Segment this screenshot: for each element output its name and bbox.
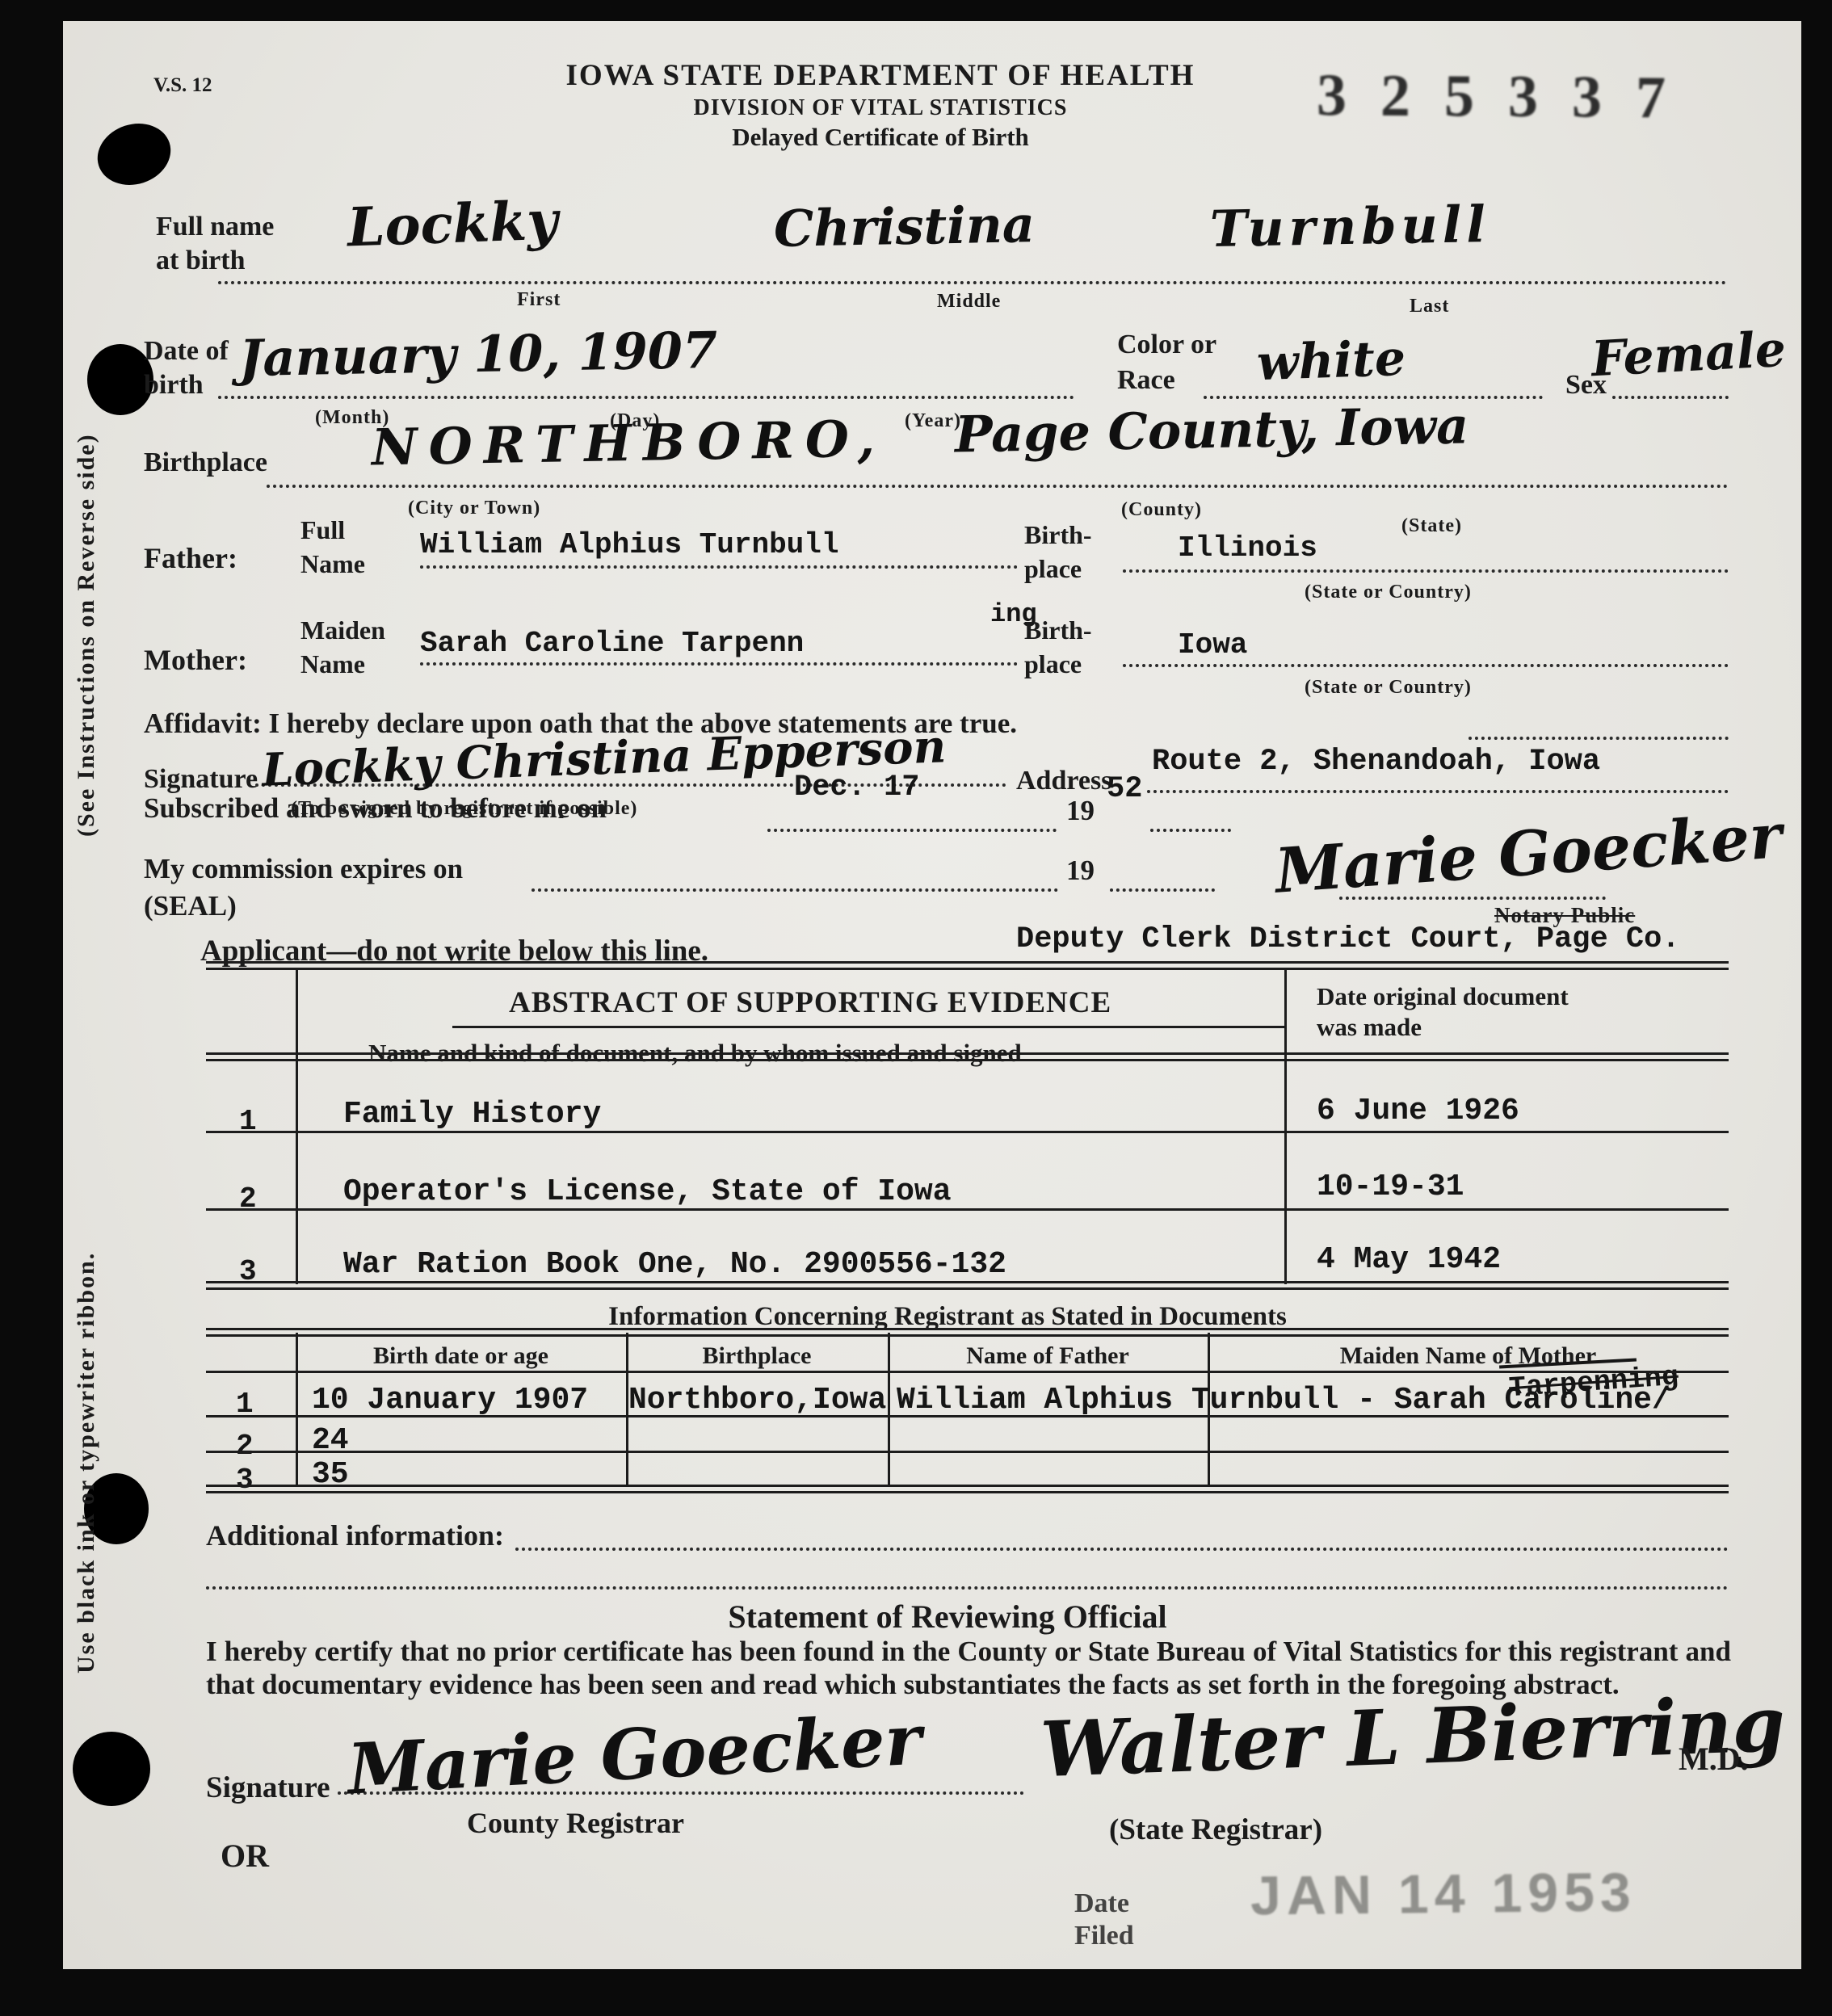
sublabel-city: (City or Town) bbox=[408, 498, 540, 519]
abstract-num-divider bbox=[296, 968, 298, 1284]
info-header-birth: Birth date or age bbox=[296, 1342, 626, 1370]
notary-signature-value: Marie Goecker bbox=[1273, 800, 1784, 907]
father-bp-value: Illinois bbox=[1178, 531, 1317, 565]
seal-label: (SEAL) bbox=[144, 890, 237, 922]
mother-bp-value: Iowa bbox=[1178, 628, 1247, 661]
full-name-first-value: Lockky bbox=[347, 188, 559, 258]
mother-bp-sublabel: (State or Country) bbox=[1305, 677, 1472, 699]
punch-hole bbox=[73, 1732, 150, 1806]
birthplace-city-value: NORTHBORO, bbox=[371, 409, 886, 477]
info-row-line bbox=[206, 1415, 1729, 1417]
county-signature-label: Signature bbox=[206, 1770, 330, 1805]
father-bp-label: Birth- bbox=[1024, 520, 1092, 550]
father-name-label: Full bbox=[300, 515, 345, 545]
address-line bbox=[1147, 790, 1729, 793]
birthplace-label: Birthplace bbox=[144, 447, 267, 478]
sex-line bbox=[1612, 396, 1729, 399]
info-top-rule bbox=[206, 1328, 1729, 1337]
dob-line bbox=[218, 396, 1074, 399]
abstract-row-line bbox=[206, 1208, 1729, 1211]
info-row-place: Northboro,Iowa bbox=[628, 1383, 886, 1417]
father-name-label2: Name bbox=[300, 549, 365, 579]
affidavit-line bbox=[1469, 737, 1729, 740]
sworn-date-line bbox=[767, 829, 1057, 832]
abstract-col-date2: was made bbox=[1317, 1013, 1422, 1042]
dob-value: January 10, 1907 bbox=[238, 321, 717, 388]
address-value: Route 2, Shenandoah, Iowa bbox=[1152, 745, 1600, 779]
sworn-year-prefix: 19 bbox=[1066, 795, 1095, 827]
margin-note-ink: Use black ink or typewriter ribbon. bbox=[73, 1140, 100, 1674]
additional-info-line bbox=[515, 1548, 1729, 1551]
abstract-date-divider bbox=[1284, 968, 1287, 1284]
certificate-page: (See Instructions on Reverse side) Use b… bbox=[63, 21, 1801, 1969]
mother-bp-line bbox=[1123, 664, 1729, 667]
sworn-date-value: Dec. 17 bbox=[794, 771, 919, 804]
commission-label: My commission expires on bbox=[144, 853, 463, 885]
birthplace-state-value: Page County, Iowa bbox=[954, 396, 1469, 464]
full-name-line bbox=[218, 281, 1727, 284]
commission-year-prefix: 19 bbox=[1066, 855, 1095, 887]
dob-label2: birth bbox=[144, 370, 204, 401]
date-filed-label2: Filed bbox=[1074, 1921, 1134, 1951]
sex-value: Female bbox=[1590, 321, 1787, 388]
header-agency: IOWA STATE DEPARTMENT OF HEALTH bbox=[436, 58, 1325, 93]
dob-label: Date of bbox=[144, 336, 229, 367]
mother-name-line bbox=[420, 662, 1018, 666]
birthplace-line bbox=[267, 485, 1729, 488]
abstract-row-document: Family History bbox=[343, 1097, 601, 1132]
sublabel-last: Last bbox=[1410, 296, 1449, 317]
father-label: Father: bbox=[144, 541, 237, 575]
abstract-row-document: Operator's License, State of Iowa bbox=[343, 1174, 952, 1209]
father-bp-line bbox=[1123, 569, 1729, 573]
margin-note-instructions: (See Instructions on Reverse side) bbox=[73, 296, 100, 837]
race-label2: Race bbox=[1117, 365, 1175, 396]
state-registrar-degree: M.D. bbox=[1679, 1740, 1749, 1778]
table-top-rule bbox=[206, 961, 1729, 970]
father-bp-label2: place bbox=[1024, 554, 1082, 584]
info-row-line bbox=[206, 1451, 1729, 1453]
father-bp-sublabel: (State or Country) bbox=[1305, 582, 1472, 603]
info-header-line bbox=[206, 1371, 1729, 1373]
info-header-place: Birthplace bbox=[626, 1342, 888, 1370]
info-header-father: Name of Father bbox=[888, 1342, 1208, 1370]
state-registrar-title: (State Registrar) bbox=[1109, 1812, 1322, 1847]
info-row-num: 2 bbox=[236, 1430, 254, 1463]
mother-label: Mother: bbox=[144, 643, 247, 677]
header-division: DIVISION OF VITAL STATISTICS bbox=[436, 95, 1325, 121]
reviewing-title: Statement of Reviewing Official bbox=[321, 1598, 1574, 1636]
abstract-row-line bbox=[206, 1131, 1729, 1133]
additional-info-label: Additional information: bbox=[206, 1518, 504, 1552]
sworn-year-line bbox=[1150, 829, 1231, 832]
info-row-father-mother: William Alphius Turnbull - Sarah Carolin… bbox=[897, 1383, 1670, 1417]
date-filed-stamp: JAN 14 1953 bbox=[1250, 1861, 1637, 1928]
sublabel-county: (County) bbox=[1121, 499, 1202, 521]
sworn-label: Subscribed and sworn to before me on bbox=[144, 792, 607, 825]
full-name-label: Full name bbox=[156, 212, 274, 242]
abstract-bottom-rule bbox=[206, 1281, 1729, 1290]
sublabel-state: (State) bbox=[1401, 515, 1462, 537]
abstract-row-date: 4 May 1942 bbox=[1317, 1242, 1501, 1277]
race-value: white bbox=[1256, 330, 1406, 392]
mother-name-value: Sarah Caroline Tarpenn bbox=[420, 627, 804, 660]
commission-line bbox=[532, 888, 1058, 892]
mother-name-label: Maiden bbox=[300, 615, 385, 645]
info-bottom-rule bbox=[206, 1485, 1729, 1493]
abstract-row-date: 10-19-31 bbox=[1317, 1170, 1464, 1204]
sublabel-middle: Middle bbox=[937, 291, 1001, 313]
mother-bp-label: Birth- bbox=[1024, 615, 1092, 645]
sworn-year-value: 52 bbox=[1107, 772, 1142, 806]
abstract-title: ABSTRACT OF SUPPORTING EVIDENCE bbox=[509, 985, 1111, 1020]
father-name-line bbox=[420, 565, 1018, 569]
abstract-header-rule bbox=[206, 1052, 1729, 1061]
punch-hole bbox=[90, 115, 179, 195]
abstract-row-document: War Ration Book One, No. 2900556-132 bbox=[343, 1247, 1006, 1282]
date-filed-label: Date bbox=[1074, 1888, 1129, 1919]
signature-label: Signature bbox=[144, 764, 258, 795]
father-name-value: William Alphius Turnbull bbox=[420, 528, 838, 561]
sublabel-year: (Year) bbox=[905, 410, 961, 432]
full-name-middle-value: Christina bbox=[773, 195, 1035, 258]
header-title: Delayed Certificate of Birth bbox=[436, 123, 1325, 152]
race-label: Color or bbox=[1117, 330, 1216, 360]
address-label: Address bbox=[1016, 766, 1111, 796]
deputy-clerk-title: Deputy Clerk District Court, Page Co. bbox=[1016, 922, 1680, 956]
notary-signature-line bbox=[1339, 897, 1606, 900]
or-label: OR bbox=[221, 1837, 269, 1875]
full-name-last-value: Turnbull bbox=[1209, 195, 1490, 258]
certificate-number-stamp: 325337 bbox=[1317, 61, 1700, 132]
section-divider-line bbox=[206, 1586, 1729, 1590]
county-registrar-title: County Registrar bbox=[467, 1806, 684, 1840]
form-code: V.S. 12 bbox=[153, 74, 212, 97]
abstract-row-date: 6 June 1926 bbox=[1317, 1094, 1519, 1128]
mother-bp-label2: place bbox=[1024, 649, 1082, 679]
info-row-birth: 10 January 1907 bbox=[312, 1383, 588, 1417]
full-name-label2: at birth bbox=[156, 246, 246, 276]
scanned-certificate: (See Instructions on Reverse side) Use b… bbox=[0, 0, 1832, 2016]
mother-name-label2: Name bbox=[300, 649, 365, 679]
abstract-col-date: Date original document bbox=[1317, 982, 1569, 1011]
commission-year-line bbox=[1110, 888, 1215, 892]
abstract-title-underline bbox=[452, 1026, 1284, 1028]
sublabel-first: First bbox=[517, 289, 561, 311]
